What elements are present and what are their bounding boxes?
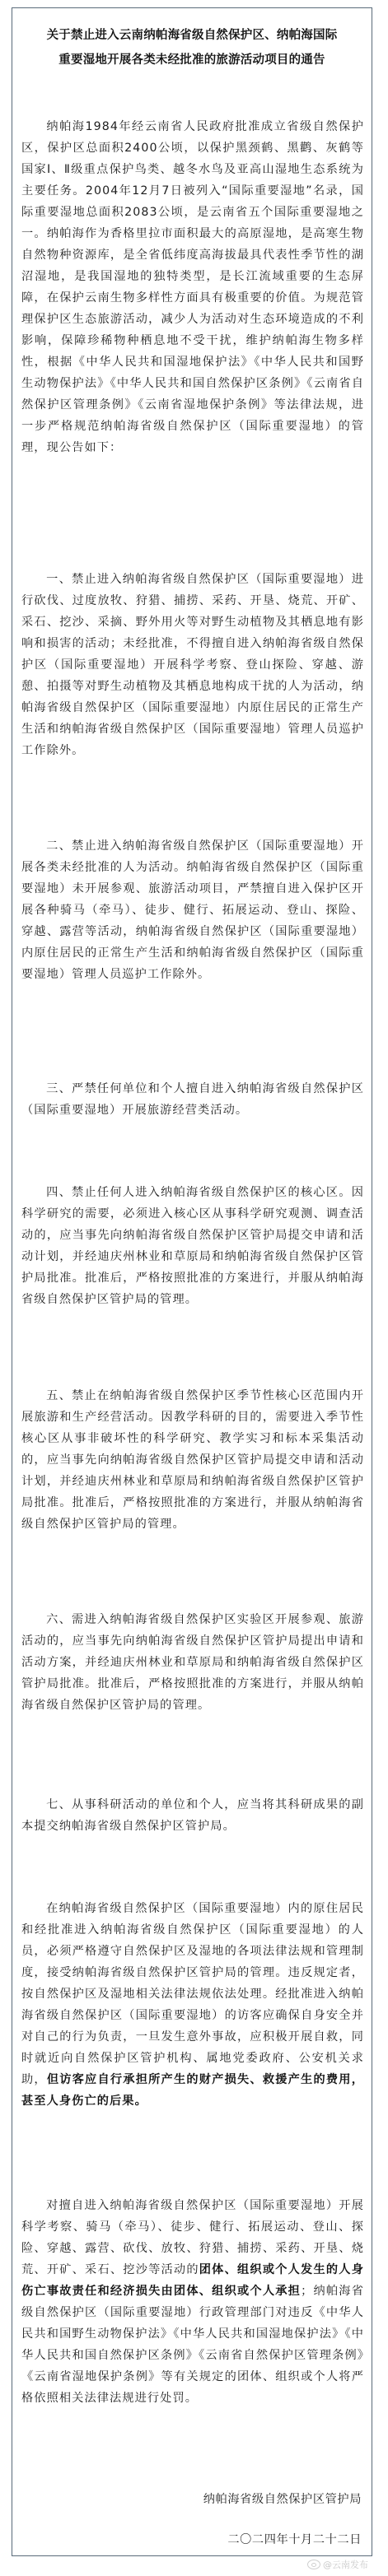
watermark: @云南发布: [307, 2558, 368, 2571]
watermark-text: @云南发布: [323, 2558, 368, 2571]
penalty-paragraph: 对擅自进入纳帕海省级自然保护区（国际重要湿地）开展科学考察、骑马（牵马）、徒步、…: [21, 2195, 364, 2409]
item-7: 七、从事科研活动的单位和个人，应当将其科研成果的副本提交纳帕海省级自然保护区管护…: [21, 1794, 364, 1837]
notice-frame: 关于禁止进入云南纳帕海省级自然保护区、纳帕海国际 重要湿地开展各类未经批准的旅游…: [12, 7, 372, 2556]
item-3: 三、严禁任何单位和个人擅自进入纳帕海省级自然保护区（国际重要湿地）开展旅游经营类…: [21, 1078, 364, 1121]
intro-paragraph: 纳帕海1984年经云南省人民政府批准成立省级自然保护区，保护区总面积2400公顷…: [21, 116, 364, 458]
notice-title: 关于禁止进入云南纳帕海省级自然保护区、纳帕海国际 重要湿地开展各类未经批准的旅游…: [12, 23, 372, 72]
item-6: 六、需进入纳帕海省级自然保护区实验区开展参观、旅游活动的，应当事先向纳帕海省级自…: [21, 1609, 364, 1716]
residents-paragraph: 在纳帕海省级自然保护区（国际重要湿地）内的原住居民和经批准进入纳帕海省级自然保护…: [21, 1898, 364, 2112]
residents-warning-bold: 但访客应自行承担所产生的财产损失、救援产生的费用，甚至人身伤亡的后果。: [21, 2073, 364, 2108]
title-line-1: 关于禁止进入云南纳帕海省级自然保护区、纳帕海国际: [12, 23, 372, 48]
signature: 纳帕海省级自然保护区管护局: [203, 2489, 362, 2510]
weibo-icon: [307, 2560, 320, 2569]
item-2: 二、禁止进入纳帕海省级自然保护区（国际重要湿地）开展各类未经批准的人为活动。纳帕…: [21, 835, 364, 985]
item-4: 四、禁止任何人进入纳帕海省级自然保护区的核心区。因科学研究的需要，必须进入核心区…: [21, 1182, 364, 1310]
item-1: 一、禁止进入纳帕海省级自然保护区（国际重要湿地）进行砍伐、过度放牧、狩猎、捕捞、…: [21, 569, 364, 761]
item-5: 五、禁止在纳帕海省级自然保护区季节性核心区范围内开展旅游和生产经营活动。因教学科…: [21, 1385, 364, 1535]
date: 二〇二四年十月二十二日: [227, 2529, 362, 2550]
title-line-2: 重要湿地开展各类未经批准的旅游活动项目的通告: [12, 48, 372, 72]
